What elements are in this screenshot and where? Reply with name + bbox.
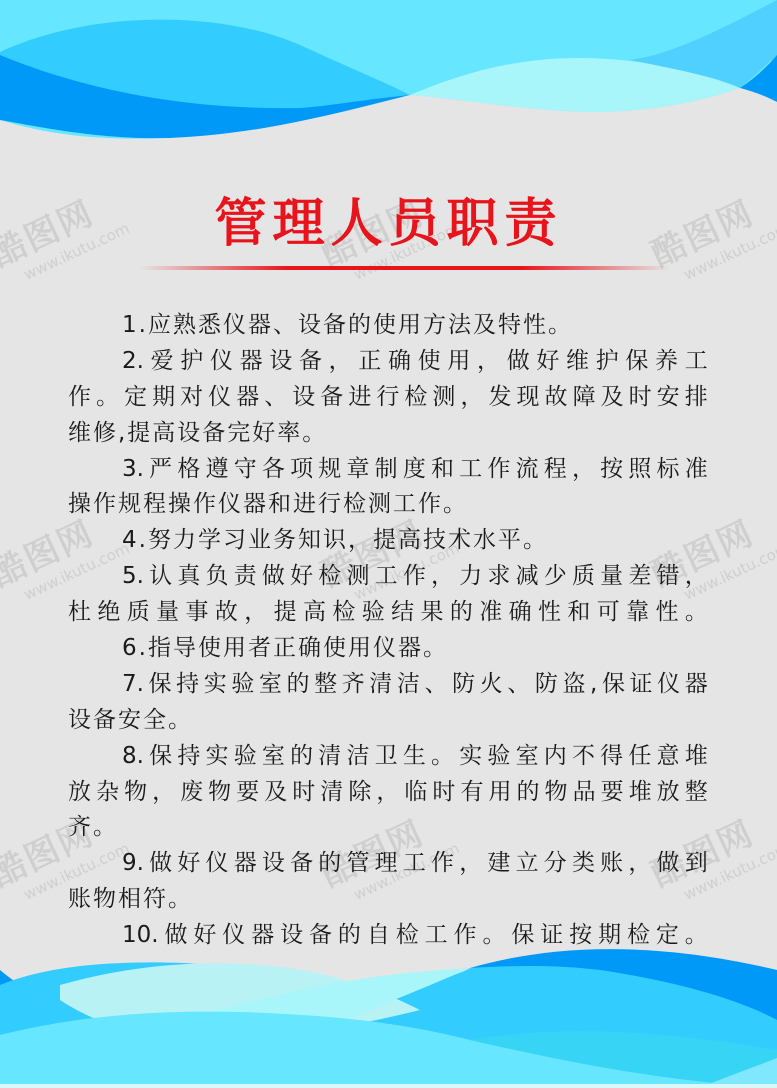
duty-line: 9.做好仪器设备的管理工作，建立分类账，做到 <box>68 846 708 882</box>
duty-line: 8.保持实验室的清洁卫生。实验室内不得任意堆 <box>68 739 708 775</box>
duty-line: 维修,提高设备完好率。 <box>68 416 708 452</box>
duty-line: 放杂物，废物要及时清除，临时有用的物品要堆放整 <box>68 775 708 811</box>
duty-line: 账物相符。 <box>68 882 708 918</box>
duty-line: 5.认真负责做好检测工作，力求减少质量差错， <box>68 559 708 595</box>
duty-line: 作。定期对仪器、设备进行检测，发现故障及时安排 <box>68 380 708 416</box>
duty-line: 7.保持实验室的整齐清洁、防火、防盗,保证仪器 <box>68 667 708 703</box>
duties-list: 1.应熟悉仪器、设备的使用方法及特性。2.爱护仪器设备，正确使用，做好维护保养工… <box>68 308 708 954</box>
poster-title: 管理人员职责 <box>0 192 777 256</box>
top-wave-decoration <box>0 0 777 150</box>
duty-line: 3.严格遵守各项规章制度和工作流程，按照标准 <box>68 452 708 488</box>
duty-line: 齐。 <box>68 810 708 846</box>
duty-line: 设备安全。 <box>68 703 708 739</box>
title-underline <box>140 266 670 270</box>
duty-line: 1.应熟悉仪器、设备的使用方法及特性。 <box>68 308 708 344</box>
bottom-wave-decoration <box>0 940 777 1088</box>
duty-line: 操作规程操作仪器和进行检测工作。 <box>68 487 708 523</box>
duty-line: 4.努力学习业务知识，提高技术水平。 <box>68 523 708 559</box>
duty-line: 6.指导使用者正确使用仪器。 <box>68 631 708 667</box>
duty-line: 杜绝质量事故，提高检验结果的准确性和可靠性。 <box>68 595 708 631</box>
duty-line: 2.爱护仪器设备，正确使用，做好维护保养工 <box>68 344 708 380</box>
